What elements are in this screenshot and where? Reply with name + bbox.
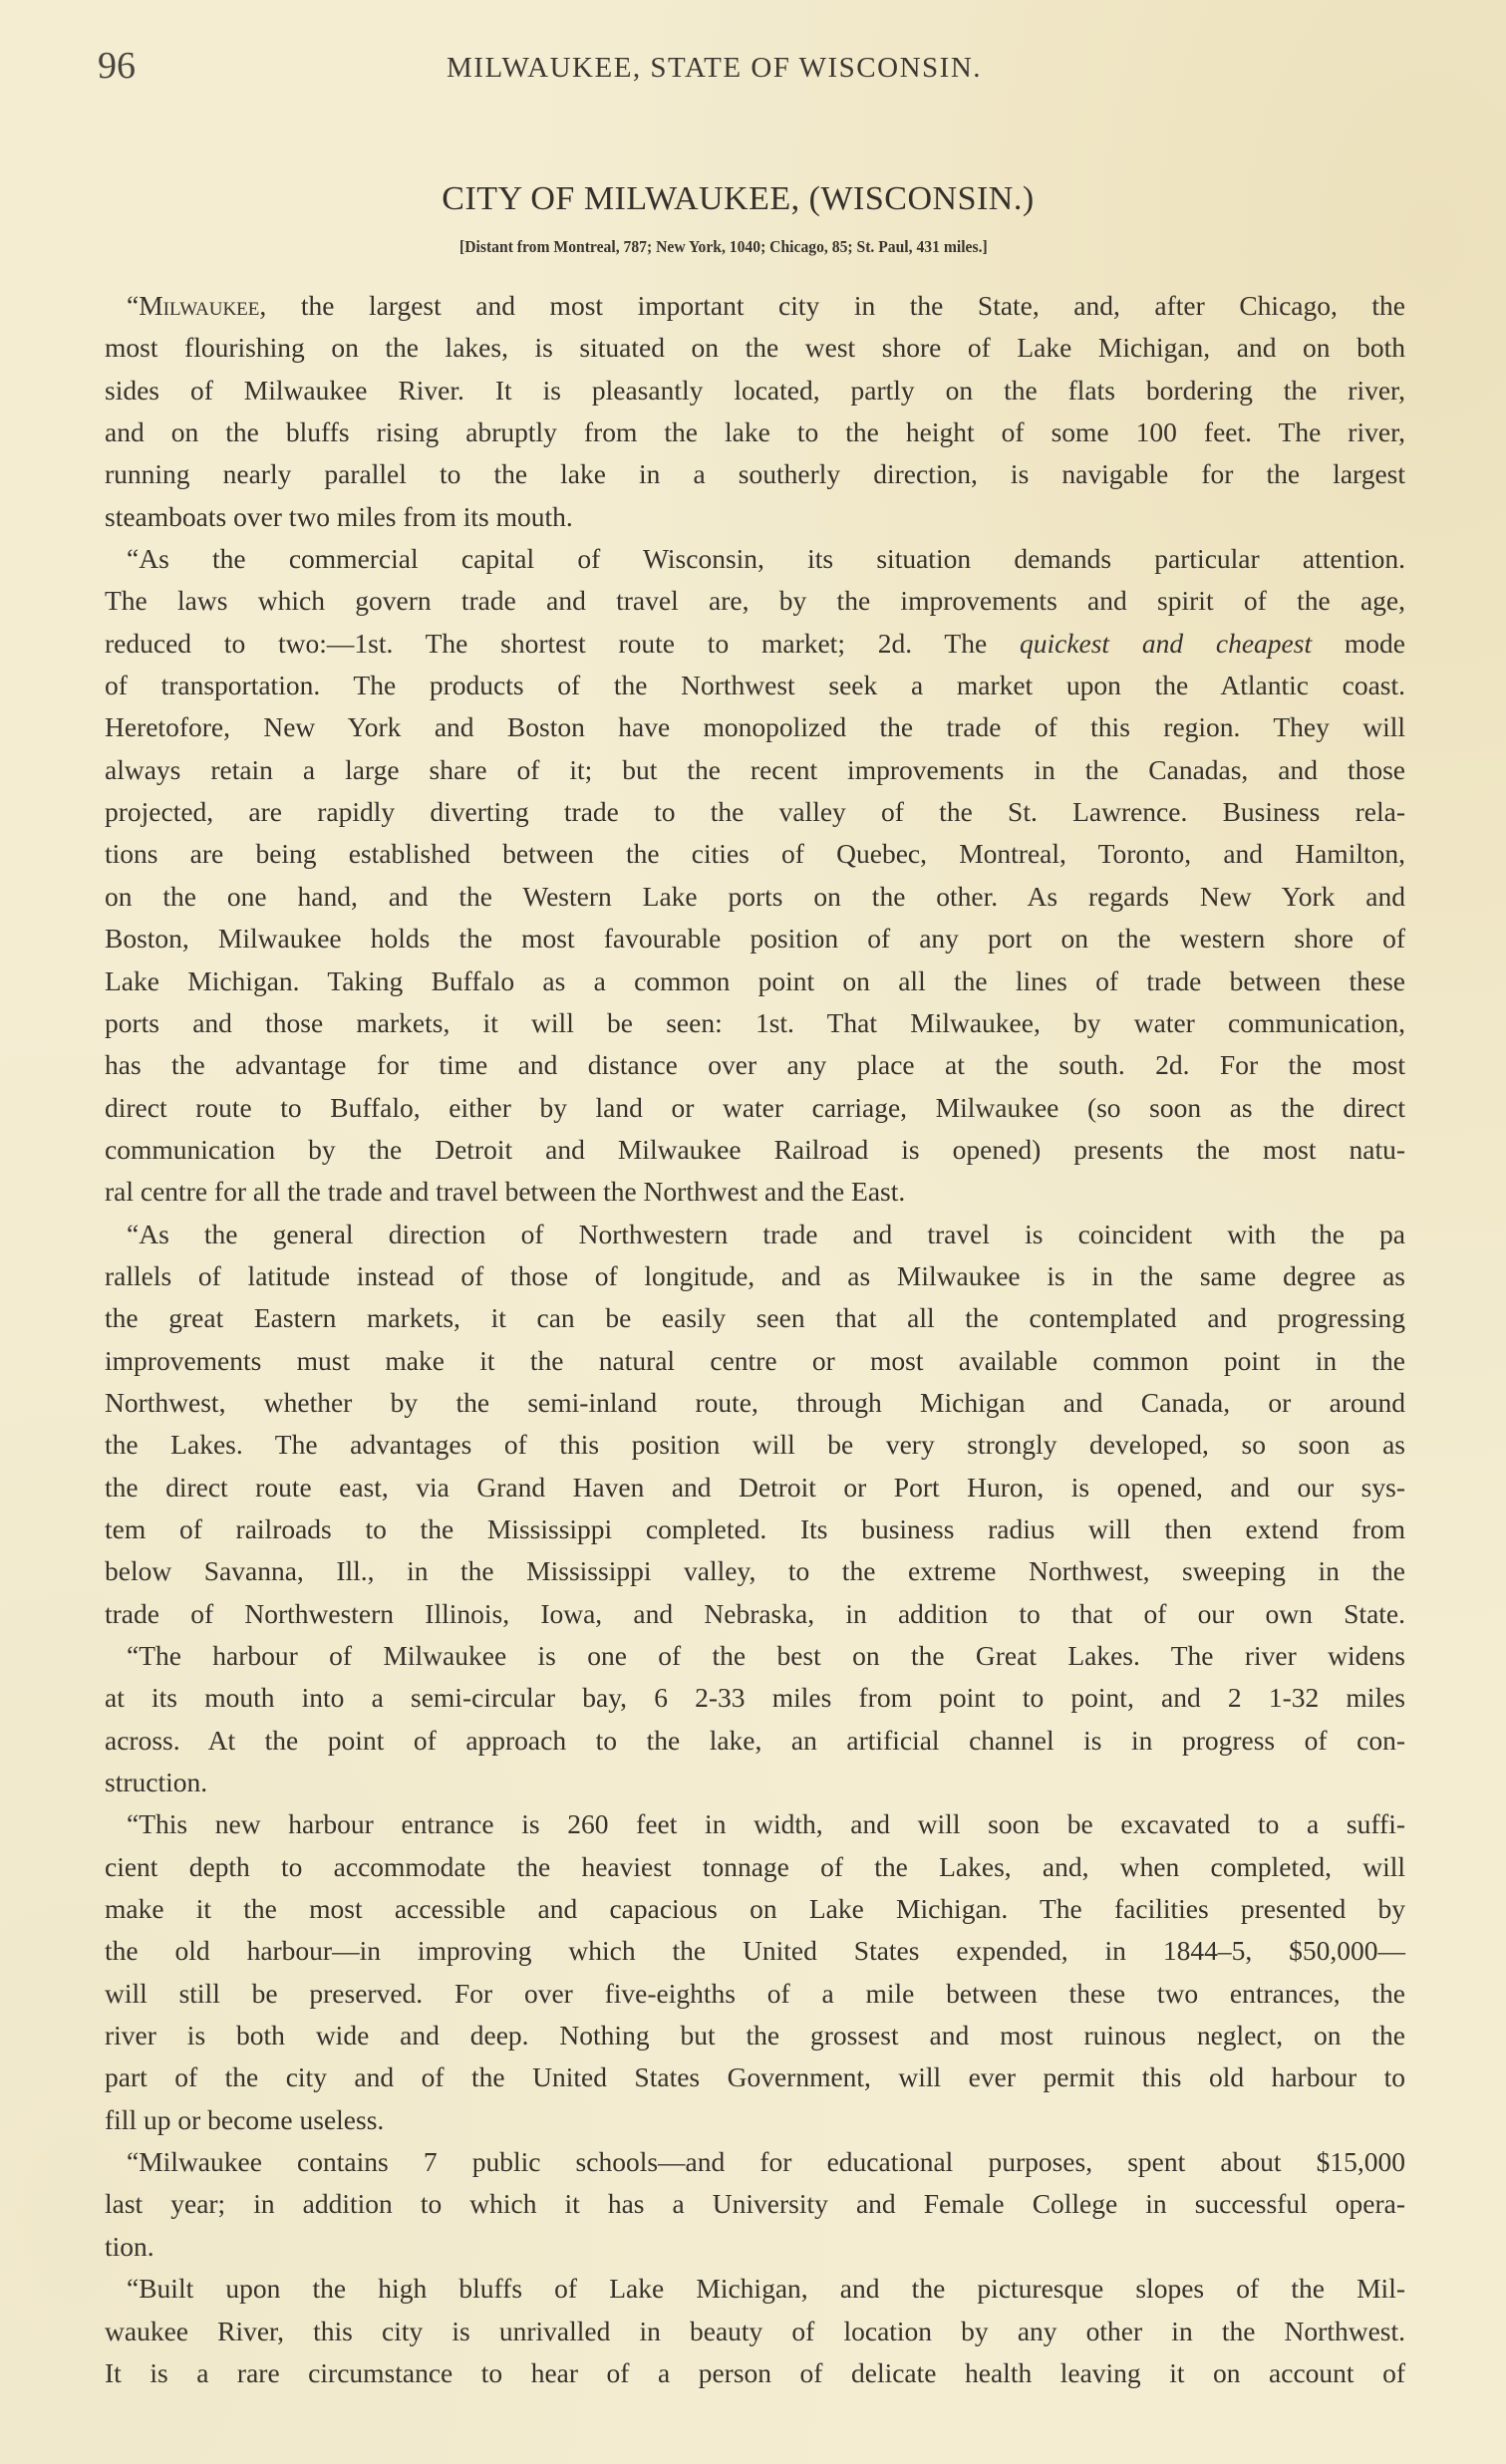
text-line: has the advantage for time and distance …	[105, 1044, 1405, 1086]
text-line: Heretofore, New York and Boston have mon…	[105, 706, 1405, 748]
text-line: will still be preserved. For over five-e…	[105, 1973, 1405, 2015]
paragraph: “As the general direction of Northwester…	[105, 1214, 1405, 1635]
text-line: make it the most accessible and capaciou…	[105, 1888, 1405, 1930]
text-line: tions are being established between the …	[105, 833, 1405, 875]
text-line: the Lakes. The advantages of this positi…	[105, 1424, 1405, 1466]
text-line: “As the general direction of Northwester…	[105, 1214, 1405, 1255]
paragraph: “The harbour of Milwaukee is one of the …	[105, 1635, 1405, 1803]
text-line: “Milwaukee, the largest and most importa…	[105, 285, 1405, 327]
text-line: sides of Milwaukee River. It is pleasant…	[105, 370, 1405, 411]
text-line: the direct route east, via Grand Haven a…	[105, 1467, 1405, 1508]
text-line: The laws which govern trade and travel a…	[105, 580, 1405, 622]
text-line: “Milwaukee contains 7 public schools—and…	[105, 2141, 1405, 2183]
text-line: running nearly parallel to the lake in a…	[105, 453, 1405, 495]
running-head: 96 MILWAUKEE, STATE OF WISCONSIN.	[98, 46, 1094, 86]
paragraph: “Milwaukee contains 7 public schools—and…	[105, 2141, 1405, 2268]
text-line: improvements must make it the natural ce…	[105, 1340, 1405, 1382]
text-line: the old harbour—in improving which the U…	[105, 1930, 1405, 1972]
text-line: fill up or become useless.	[105, 2099, 1405, 2141]
paragraph: “As the commercial capital of Wisconsin,…	[105, 538, 1405, 1214]
section-title: CITY OF MILWAUKEE, (WISCONSIN.)	[0, 179, 1506, 219]
text-line: across. At the point of approach to the …	[105, 1720, 1405, 1762]
text-line: Lake Michigan. Taking Buffalo as a commo…	[105, 960, 1405, 1002]
text-line: projected, are rapidly diverting trade t…	[105, 791, 1405, 833]
text-line: of transportation. The products of the N…	[105, 665, 1405, 706]
book-page: 96 MILWAUKEE, STATE OF WISCONSIN. CITY O…	[0, 0, 1506, 2464]
text-line: trade of Northwestern Illinois, Iowa, an…	[105, 1593, 1405, 1635]
text-line: steamboats over two miles from its mouth…	[105, 496, 1405, 538]
text-line: “The harbour of Milwaukee is one of the …	[105, 1635, 1405, 1677]
text-line: direct route to Buffalo, either by land …	[105, 1087, 1405, 1129]
text-line: always retain a large share of it; but t…	[105, 749, 1405, 791]
section-title-text: CITY OF MILWAUKEE, (WISCONSIN.)	[442, 179, 1034, 219]
text-line: rallels of latitude instead of those of …	[105, 1255, 1405, 1297]
text-line: Northwest, whether by the semi-inland ro…	[105, 1382, 1405, 1424]
text-line: It is a rare circumstance to hear of a p…	[105, 2352, 1405, 2394]
text-line: ports and those markets, it will be seen…	[105, 1002, 1405, 1044]
lead-word: Milwaukee	[139, 290, 259, 321]
text-line: and on the bluffs rising abruptly from t…	[105, 411, 1405, 453]
text-line: at its mouth into a semi-circular bay, 6…	[105, 1677, 1405, 1719]
paragraph: “Milwaukee, the largest and most importa…	[105, 285, 1405, 538]
distances-note: [Distant from Montreal, 787; New York, 1…	[0, 235, 1506, 259]
paragraph: “Built upon the high bluffs of Lake Mich…	[105, 2268, 1405, 2394]
paragraph: “This new harbour entrance is 260 feet i…	[105, 1803, 1405, 2141]
text-line: reduced to two:—1st. The shortest route …	[105, 623, 1405, 665]
text-line: tem of railroads to the Mississippi comp…	[105, 1508, 1405, 1550]
text-line: most flourishing on the lakes, is situat…	[105, 327, 1405, 369]
text-line: Boston, Milwaukee holds the most favoura…	[105, 918, 1405, 959]
text-line: cient depth to accommodate the heaviest …	[105, 1846, 1405, 1888]
running-title: MILWAUKEE, STATE OF WISCONSIN.	[447, 50, 982, 86]
page-number: 96	[98, 46, 136, 86]
text-line: waukee River, this city is unrivalled in…	[105, 2311, 1405, 2352]
emphasis: quickest and cheapest	[1020, 628, 1312, 659]
text-line: tion.	[105, 2226, 1405, 2268]
body-text: “Milwaukee, the largest and most importa…	[105, 285, 1405, 2394]
text-line: “Built upon the high bluffs of Lake Mich…	[105, 2268, 1405, 2310]
text-line: struction.	[105, 1762, 1405, 1803]
distances-text: [Distant from Montreal, 787; New York, 1…	[459, 235, 988, 259]
text-line: ral centre for all the trade and travel …	[105, 1171, 1405, 1213]
text-line: last year; in addition to which it has a…	[105, 2183, 1405, 2225]
text-line: below Savanna, Ill., in the Mississippi …	[105, 1550, 1405, 1592]
text-line: river is both wide and deep. Nothing but…	[105, 2015, 1405, 2056]
text-line: the great Eastern markets, it can be eas…	[105, 1297, 1405, 1339]
text-line: on the one hand, and the Western Lake po…	[105, 876, 1405, 918]
text-line: part of the city and of the United State…	[105, 2056, 1405, 2098]
text-line: communication by the Detroit and Milwauk…	[105, 1129, 1405, 1171]
open-quote: “	[127, 290, 139, 321]
text-line: “As the commercial capital of Wisconsin,…	[105, 538, 1405, 580]
text-line: “This new harbour entrance is 260 feet i…	[105, 1803, 1405, 1845]
